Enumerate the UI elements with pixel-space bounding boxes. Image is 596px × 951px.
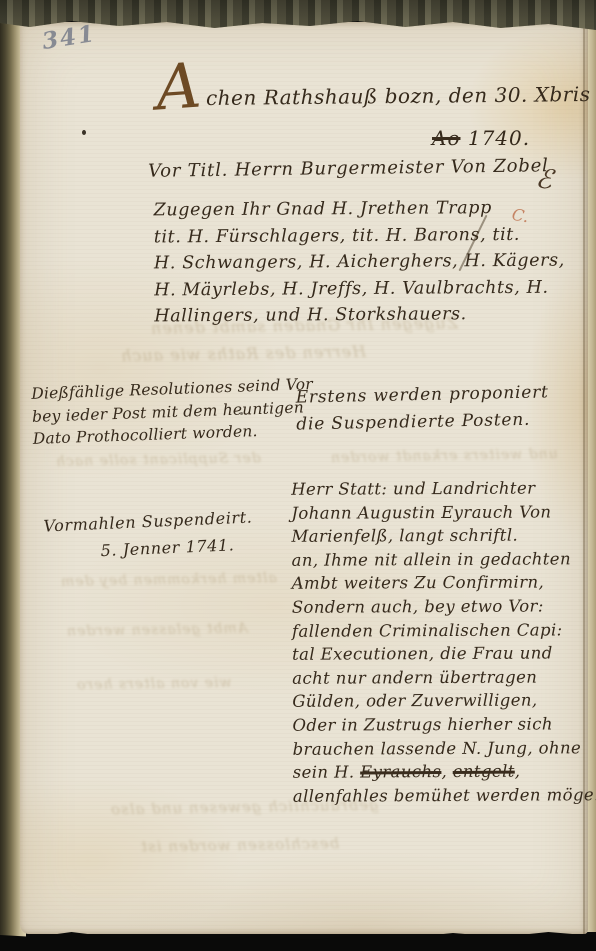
bleed-through-text: altem herkommen bey dem (60, 570, 277, 590)
manuscript-scan: Zugegen Ihr Gnaden sambt denen Herren de… (0, 0, 596, 951)
ink-speck (82, 130, 86, 135)
text-run: sein H. (293, 763, 361, 782)
protocol-line: Ambt weiters Zu Confirmirn, (292, 571, 596, 596)
heading-place-date: chen Rathshauß bozn, den 30. Xbris (206, 82, 591, 110)
protocol-line: tal Executionen, die Frau und (292, 641, 596, 666)
protocol-line: Johann Augustin Eyrauch Von (291, 500, 596, 525)
pen-flourish: ℰ (534, 163, 555, 196)
protocol-line: allenfahles bemühet werden möge. (293, 783, 596, 808)
bleed-through-text: beschlossen worden ist (140, 834, 340, 855)
protocol-line: Gülden, oder Zuverwilligen, (292, 689, 596, 714)
attendees-line: H. Schwangers, H. Aicherghers, H. Kägers… (154, 248, 565, 277)
attendees-line: Zugegen Ihr Gnad H. Jrethen Trapp (154, 195, 565, 224)
bleed-through-text: Ambt gelassen werden (66, 620, 248, 639)
protocol-line: acht nur andern übertragen (292, 665, 596, 690)
folio-number: 341 (40, 20, 98, 55)
bleed-through-text: Herren des Raths wie auch (120, 342, 366, 365)
bleed-through-text: der Supplicant solle nach (55, 450, 261, 470)
struck-word: Ao (432, 126, 460, 150)
text-run: , (441, 762, 452, 781)
heading-year: Ao 1740. (432, 126, 530, 150)
bleed-through-text: wie von alters hero (76, 675, 232, 694)
attendees-paragraph: Zugegen Ihr Gnad H. Jrethen Trapp tit. H… (154, 195, 566, 330)
margin-note-suspended: Vormahlen Suspendeirt. 5. Jenner 1741. (43, 503, 254, 566)
bleed-through-text: und weiters erkandt worden (330, 446, 558, 466)
protocol-line: brauchen lassende N. Jung, ohne (292, 736, 596, 761)
protocol-line-with-strikethrough: sein H. Eyrauchs, entgelt, (293, 759, 596, 784)
attendees-line: H. Mäyrlebs, H. Jreffs, H. Vaulbrachts, … (154, 274, 565, 303)
red-chalk-annotation: C. (510, 205, 530, 227)
protocol-entry: Herr Statt: und Landrichter Johann Augus… (291, 476, 596, 808)
presider-line: Vor Titl. Herrn Burgermeister Von Zobel (148, 155, 549, 182)
protocol-line: Herr Statt: und Landrichter (291, 476, 596, 501)
heading-initial-letter: A (154, 55, 203, 120)
protocol-line: an, Ihme nit allein in gedachten (292, 547, 596, 572)
margin-note-line: 5. Jenner 1741. (100, 530, 254, 564)
proposition-line: die Suspendierte Posten. (296, 406, 550, 438)
protocol-line: Marienfelß, langt schriftl. (291, 523, 596, 548)
manuscript-page: Zugegen Ihr Gnaden sambt denen Herren de… (20, 22, 588, 934)
attendees-line: Hallingers, und H. Storkshauers. (154, 301, 565, 330)
struck-word: entgelt (453, 762, 515, 781)
margin-note-resolutions: Dießfählige Resolutiones seind Vor bey i… (31, 373, 315, 450)
struck-word: Eyrauchs (360, 762, 441, 781)
protocol-line: Sondern auch, bey etwo Vor: (292, 594, 596, 619)
year-text: 1740. (460, 126, 530, 150)
text-run: , (515, 762, 521, 781)
attendees-line: tit. H. Fürschlagers, tit. H. Barons, ti… (154, 221, 565, 250)
protocol-line: Oder in Zustrugs hierher sich (292, 712, 596, 737)
protocol-line: fallenden Criminalischen Capi: (292, 618, 596, 643)
proposition-paragraph: Erstens werden proponiert die Suspendier… (295, 379, 549, 438)
